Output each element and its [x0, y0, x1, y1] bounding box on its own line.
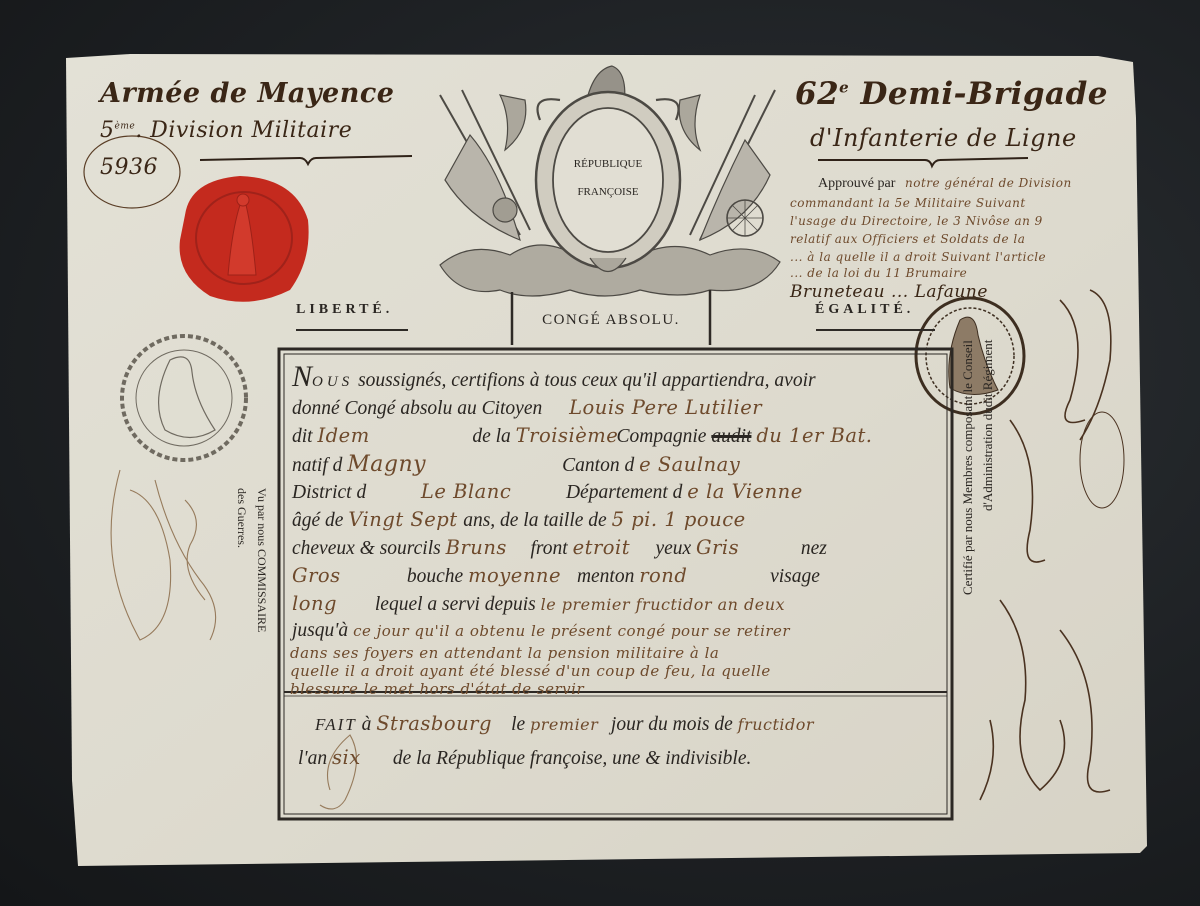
division-number: 5 — [100, 118, 115, 143]
body-line-10: jusqu'à ce jour qu'il a obtenu le présen… — [292, 620, 790, 642]
birthplace-value: Magny — [347, 452, 557, 477]
approval-label: Approuvé par — [818, 176, 895, 192]
district-value: Le Blanc — [371, 480, 561, 503]
body-line-11: dans ses foyers en attendant la pension … — [290, 644, 719, 662]
height-value: 5 pi. 1 pouce — [612, 508, 746, 531]
body-line-7: cheveux & sourcils Bruns front etroit ye… — [292, 536, 827, 560]
forehead-value: etroit — [573, 536, 651, 559]
council-line-1: Certifié par nous Membres composant le C… — [958, 340, 978, 740]
battalion-value: du 1er Bat. — [756, 424, 872, 447]
year-label: l'an — [298, 748, 327, 769]
department-value: e la Vienne — [687, 480, 802, 503]
infantry-line: d'Infanterie de Ligne — [810, 124, 1077, 152]
service-until-label: jusqu'à — [292, 620, 348, 641]
mouth-value: moyenne — [468, 564, 572, 587]
age-label: âgé de — [292, 510, 343, 531]
place-value: Strasbourg — [376, 712, 506, 735]
month-value: fructidor — [738, 715, 814, 734]
forehead-label: front — [530, 538, 567, 559]
service-since-label: lequel a servi depuis — [375, 594, 536, 615]
demi-brigade-title: 62e Demi-Brigade — [795, 76, 1108, 112]
approval-line-4: relatif aux Officiers et Soldats de la — [790, 232, 1025, 246]
brigade-number: 62 — [795, 76, 839, 112]
body-line-4: natif d Magny Canton d e Saulnay — [292, 452, 740, 477]
eyes-label: yeux — [655, 538, 691, 559]
citizen-name: Louis Pere Lutilier — [569, 396, 762, 419]
dropcap: N — [292, 360, 312, 393]
canton-value: e Saulnay — [639, 453, 740, 476]
army-name: Armée de Mayence — [100, 78, 394, 109]
brigade-label: Demi-Brigade — [860, 76, 1108, 112]
body-line-13: blessure le met hors d'état de servir — [290, 680, 584, 698]
canton-label: Canton d — [562, 455, 634, 476]
approval-signature: Bruneteau ... Lafaune — [790, 282, 988, 302]
closing-line-2: l'an six de la République françoise, une… — [298, 746, 751, 770]
face-value: long — [292, 592, 370, 615]
motto-liberte: LIBERTÉ. — [296, 302, 393, 318]
council-line-2: d'Administration dudit Régiment — [978, 340, 998, 740]
body-line-3: dit Idem de la Troisième Compagnie audit… — [292, 424, 873, 448]
division-ordinal: ème — [115, 122, 136, 132]
council-certification: Certifié par nous Membres composant le C… — [958, 340, 998, 740]
approval-line-2: commandant la 5e Militaire Suivant — [790, 196, 1026, 210]
body-line-1: NOUS soussignés, certifions à tous ceux … — [292, 360, 816, 394]
approval-line-5: ... à la quelle il a droit Suivant l'art… — [790, 250, 1046, 264]
certification-text: soussignés, certifions à tous ceux qu'il… — [353, 370, 815, 391]
company-label: Compagnie — [617, 426, 707, 447]
fait-label: FAIT — [315, 715, 357, 734]
face-label: visage — [770, 566, 820, 587]
smallcaps: OUS — [312, 374, 353, 390]
emblem-text-francoise: FRANÇOISE — [560, 186, 656, 198]
republic-formula: de la République françoise, une & indivi… — [393, 748, 752, 769]
eyes-value: Gris — [696, 536, 796, 559]
body-line-5: District d Le Blanc Département d e la V… — [292, 480, 803, 504]
month-label: jour du mois de — [611, 714, 733, 735]
brigade-ordinal: e — [839, 79, 849, 97]
approval-line-3: l'usage du Directoire, le 3 Nivôse an 9 — [790, 214, 1043, 228]
struck-word: audit — [711, 426, 751, 447]
emblem-text-republique: RÉPUBLIQUE — [560, 158, 656, 170]
place-prefix: à — [362, 714, 372, 735]
day-value: premier — [530, 715, 606, 734]
body-line-8: Gros bouche moyenne menton rond visage — [292, 564, 820, 588]
mouth-label: bouche — [407, 566, 463, 587]
division-label: . Division Militaire — [135, 118, 352, 143]
nose-value: Gros — [292, 564, 402, 587]
service-since-value: le premier fructidor an deux — [541, 595, 785, 614]
discharge-certificate: Armée de Mayence 5ème. Division Militair… — [0, 0, 1200, 906]
alias-label: dit — [292, 426, 313, 447]
chin-value: rond — [639, 564, 765, 587]
approval-line-1: notre général de Division — [905, 176, 1072, 190]
department-label: Département d — [566, 482, 682, 503]
service-until-value: ce jour qu'il a obtenu le présent congé … — [353, 622, 790, 640]
body-line-6: âgé de Vingt Sept ans, de la taille de 5… — [292, 508, 746, 532]
commissaire-endorsement: Vu par nous COMMISSAIRE des Guerres. — [232, 488, 272, 688]
birthplace-label: natif d — [292, 455, 342, 476]
commissaire-line-2: des Guerres. — [232, 488, 252, 688]
chin-label: menton — [577, 566, 634, 587]
body-line-12: quelle il a droit ayant été blessé d'un … — [290, 662, 771, 680]
body-line-9: long lequel a servi depuis le premier fr… — [292, 592, 785, 616]
military-division: 5ème. Division Militaire — [100, 118, 352, 143]
district-label: District d — [292, 482, 366, 503]
approval-line-6: ... de la loi du 11 Brumaire — [790, 266, 967, 280]
nose-label: nez — [801, 538, 827, 559]
height-label: ans, de la taille de — [463, 510, 607, 531]
day-prefix: le — [511, 714, 525, 735]
alias-value: Idem — [317, 424, 467, 447]
year-value: six — [332, 746, 388, 769]
conge-absolu-title: CONGÉ ABSOLU. — [512, 312, 710, 329]
closing-line-1: FAIT à Strasbourg le premier jour du moi… — [315, 712, 814, 736]
body-line-2: donné Congé absolu au Citoyen Louis Pere… — [292, 396, 762, 420]
hair-label: cheveux & sourcils — [292, 538, 441, 559]
commissaire-line-1: Vu par nous COMMISSAIRE — [252, 488, 272, 688]
company-prefix: de la — [472, 426, 510, 447]
hair-value: Bruns — [446, 536, 526, 559]
motto-egalite: ÉGALITÉ. — [815, 302, 914, 318]
age-value: Vingt Sept — [348, 508, 458, 531]
citizen-label: donné Congé absolu au Citoyen — [292, 398, 542, 419]
company-value: Troisième — [516, 424, 612, 447]
registry-number: 5936 — [100, 155, 158, 180]
